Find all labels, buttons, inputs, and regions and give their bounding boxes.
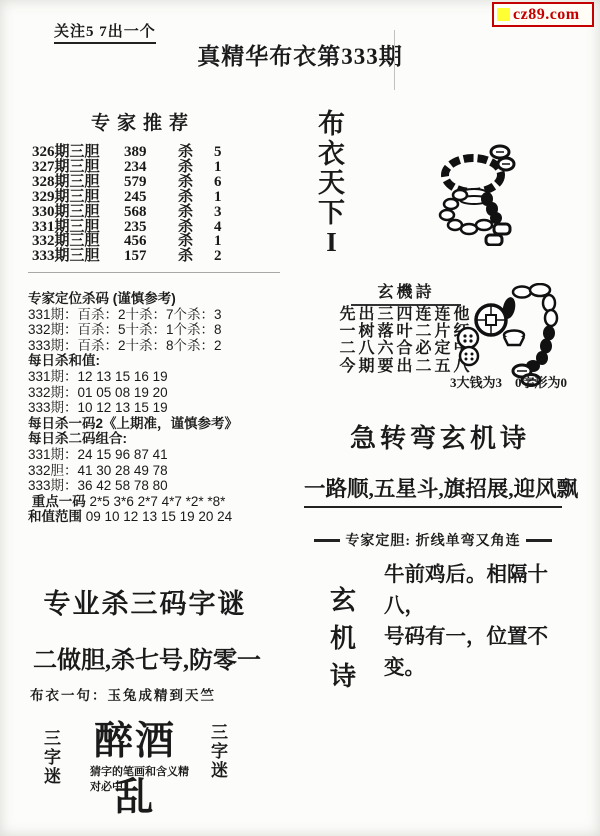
period-cell: 327期三胆 [32,160,124,175]
table-row: 328期三胆579杀6 [32,175,222,190]
kill-cell: 1 [214,189,222,205]
period-cell: 328期三胆 [32,175,124,190]
daily-two-line: 331期：24 15 96 87 41 [28,447,294,463]
kill-label-cell: 杀 [178,145,214,160]
expert-dantou-banner: 专家定胆: 折线单弯又角连 [305,530,561,550]
page-title: 真精华布衣第333期 [150,38,450,71]
verse-line: 号码有一，位置不变。 [384,622,574,684]
kill-label-cell: 杀 [178,175,214,190]
turn-poem-title: 急转弯玄机诗 [315,418,565,455]
period-cell: 330期三胆 [32,205,124,220]
kill-codes-block: 专家定位杀码 (谨慎参考) 331期：百杀：2十杀：7个杀：3 332期：百杀：… [28,291,294,525]
daily-sum-title: 每日杀和值: [28,353,294,369]
kill-label-cell: 杀 [178,249,214,264]
yellow-square-icon [497,8,510,21]
caption-line: 猜字的笔画和含义精 [90,765,189,780]
kill-label-cell: 杀 [178,190,214,205]
daily-two-line: 332胆：41 30 28 49 78 [28,463,294,479]
section-divider [28,272,280,273]
kill-label-cell: 杀 [178,160,214,175]
top-note: 关注5 7出一个 [54,20,156,44]
table-row: 330期三胆568杀3 [32,205,222,220]
sum-range-label: 和值范围 [28,509,82,524]
three-char-riddle-label-right: 三 字 迷 [211,723,228,780]
code-cell: 245 [124,190,178,205]
code-cell: 579 [124,175,178,190]
code-cell: 568 [124,205,178,220]
vertical-char: 玄 [330,582,356,620]
dash-decoration [526,539,552,542]
brand-vertical-title: 布 衣 天 下 I [318,110,345,258]
daily-one-title: 每日杀一码2《上期准，谨慎参考》 [28,416,294,432]
position-kill-line: 331期：百杀：2十杀：7个杀：3 [28,307,294,323]
code-cell: 235 [124,220,178,235]
vertical-char: 布 [318,110,345,140]
code-cell: 157 [124,249,178,264]
vertical-char: 字 [44,748,61,767]
position-kill-line: 332期：百杀：5十杀：1个杀：8 [28,322,294,338]
table-row: 329期三胆245杀1 [32,190,222,205]
site-name: cz89.com [513,6,580,24]
vertical-char: 三 [44,729,61,748]
dash-decoration [314,539,340,542]
vertical-char: 三 [211,723,228,742]
caption-line: 对必中 [90,780,189,795]
beads-doodle-icon [434,142,526,246]
table-row: 333期三胆157杀2 [32,249,222,264]
kill-label-cell: 杀 [178,205,214,220]
vertical-char: 下 [318,199,345,229]
period-cell: 329期三胆 [32,190,124,205]
turn-poem-line: 一路顺,五星斗,旗招展,迎风飘 [304,472,562,508]
kill-cell: 2 [214,248,222,264]
position-kill-title: 专家定位杀码 (谨慎参考) [28,291,294,307]
three-char-riddle-label-left: 三 字 迷 [44,729,61,786]
vertical-char: I [326,228,337,258]
period-cell: 326期三胆 [32,145,124,160]
expert-dantou-text: 专家定胆: 折线单弯又角连 [345,530,520,550]
code-cell: 456 [124,234,178,249]
riddle-line: 二做胆,杀七号,防零一 [32,640,262,675]
buyi-sentence: 布衣一句：玉兔成精到天竺 [30,684,216,704]
daily-sum-line: 331期：12 13 15 16 19 [28,369,294,385]
vertical-char: 迷 [211,761,228,780]
site-link[interactable]: cz89.com [492,2,594,27]
sum-range-value: 09 10 12 13 15 19 20 24 [86,509,232,524]
scanned-lottery-sheet: 关注5 7出一个 cz89.com 真精华布衣第333期 专家推荐 326期三胆… [0,0,600,836]
kill-cell: 3 [214,204,222,220]
kill-cell: 6 [214,174,222,190]
scan-artifact-line [394,30,395,90]
riddle-word-caption: 猜字的笔画和含义精 对必中 [90,765,189,795]
daily-sum-line: 333期：10 12 13 15 19 [28,400,294,416]
table-row: 327期三胆234杀1 [32,160,222,175]
key-one-label: 重点一码 [32,494,86,509]
vertical-char: 迷 [44,767,61,786]
table-row: 326期三胆389杀5 [32,145,222,160]
expert-recommend-table: 326期三胆389杀5 327期三胆234杀1 328期三胆579杀6 329期… [32,145,222,264]
riddle-title: 专业杀三码字谜 [30,582,260,621]
period-cell: 333期三胆 [32,249,124,264]
expert-recommend-title: 专家推荐 [38,108,248,135]
code-cell: 234 [124,160,178,175]
coin-doodle-caption: 3大钱为3 0字形为0 [450,372,567,391]
key-one-line: 重点一码 2*5 3*6 2*7 4*7 *2* *8* [28,494,294,510]
position-kill-line: 333期：百杀：2十杀：8个杀：2 [28,338,294,354]
vertical-char: 诗 [330,658,356,696]
verse-line: 牛前鸡后。相隔十八， [384,560,574,622]
daily-two-title: 每日杀二码组合: [28,431,294,447]
kill-cell: 1 [214,159,222,175]
xuanji-vertical-label: 玄 机 诗 [330,582,356,696]
daily-sum-line: 332期：01 05 08 19 20 [28,385,294,401]
vertical-char: 字 [211,742,228,761]
key-one-value: 2*5 3*6 2*7 4*7 *2* *8* [90,494,226,509]
sum-range-line: 和值范围 09 10 12 13 15 19 20 24 [28,509,294,525]
daily-two-line: 333期：36 42 58 78 80 [28,478,294,494]
code-cell: 389 [124,145,178,160]
xuanji-verse: 牛前鸡后。相隔十八， 号码有一，位置不变。 [384,560,574,684]
vertical-char: 天 [318,169,345,199]
vertical-char: 衣 [318,140,345,170]
kill-cell: 5 [214,144,222,160]
vertical-char: 机 [330,620,356,658]
